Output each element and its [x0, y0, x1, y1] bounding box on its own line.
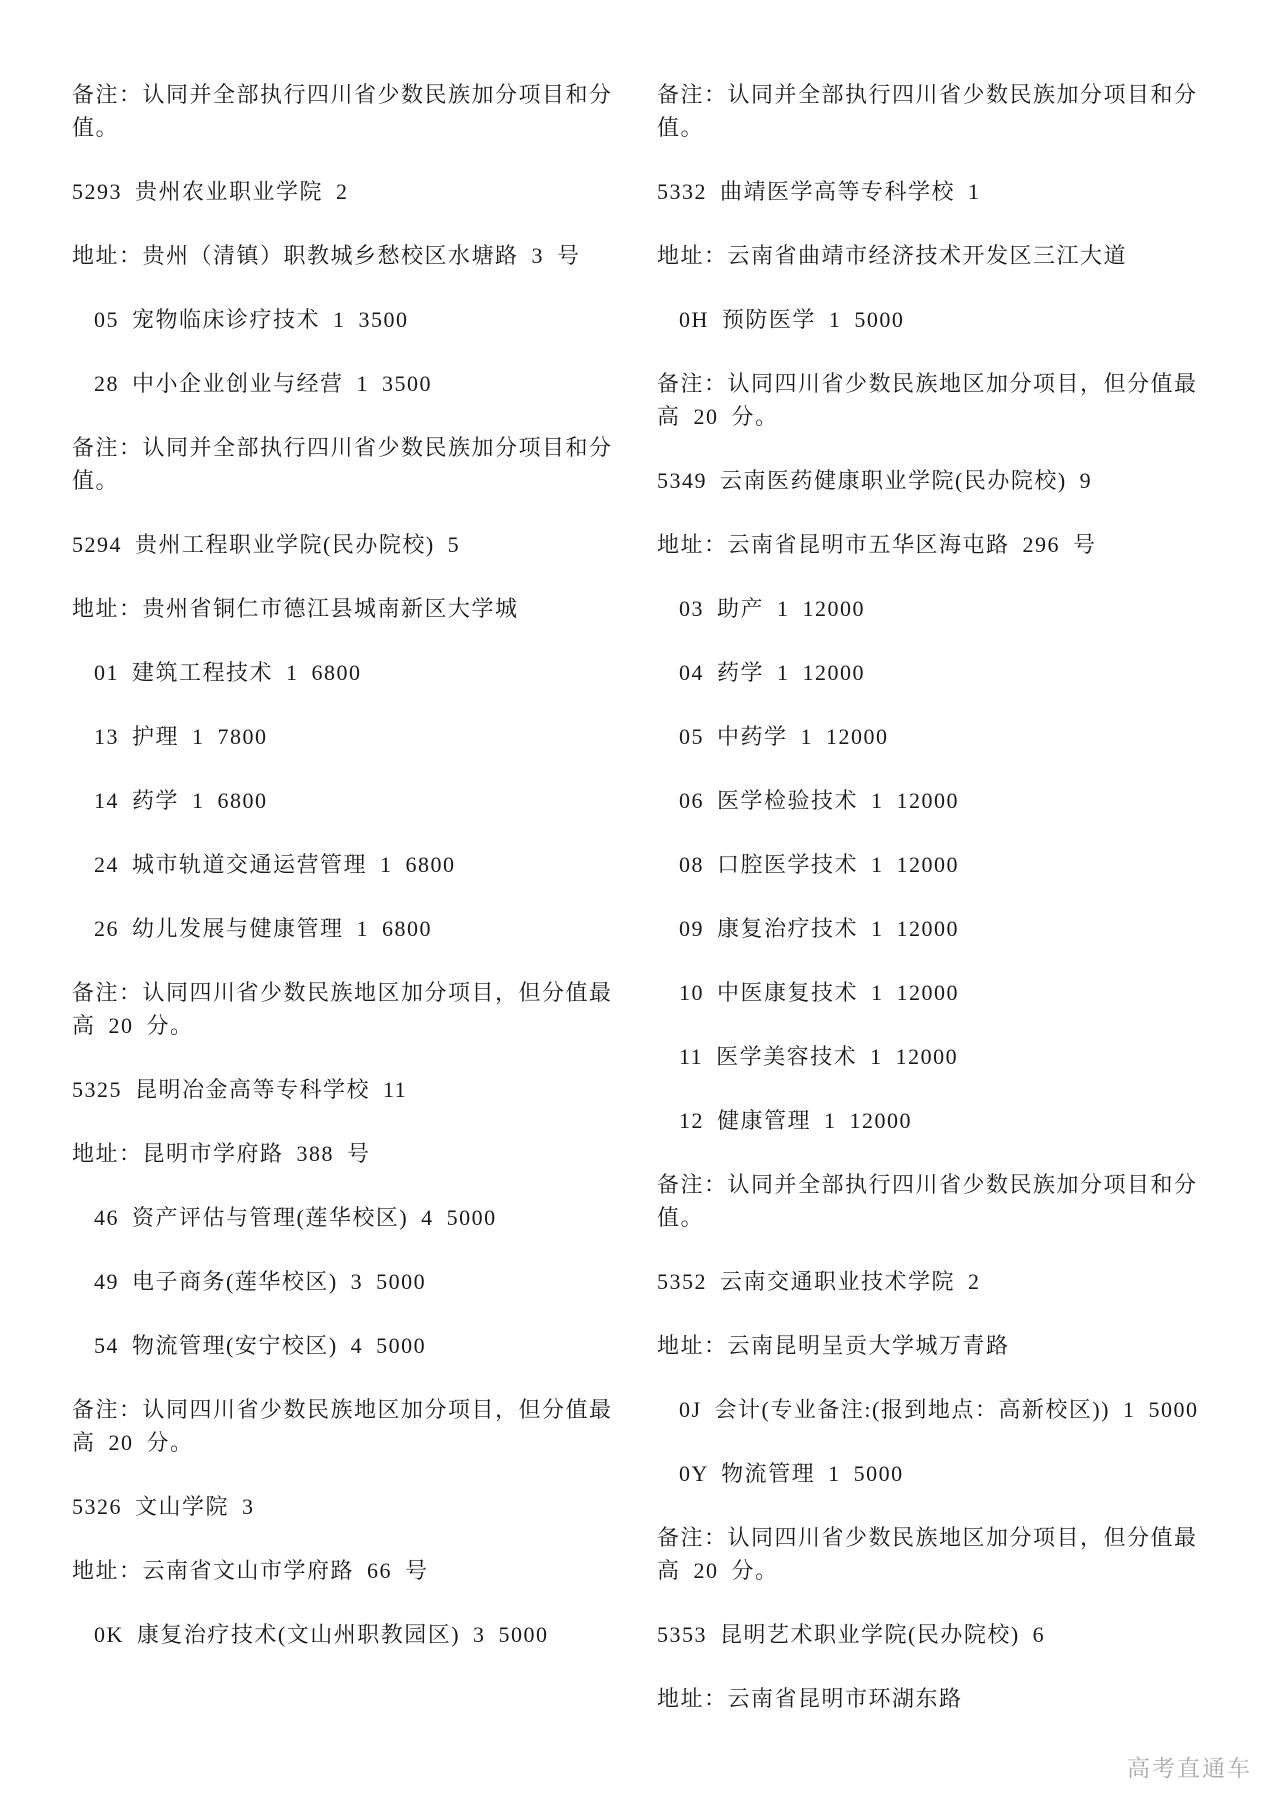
address-line: 地址：云南昆明呈贡大学城万青路 — [657, 1329, 1217, 1362]
address-line: 地址：昆明市学府路 388 号 — [72, 1137, 620, 1170]
text-column-right: 备注：认同并全部执行四川省少数民族加分项目和分 值。5332 曲靖医学高等专科学… — [657, 78, 1217, 1746]
major-line: 05 宠物临床诊疗技术 1 3500 — [72, 303, 620, 336]
major-line: 05 中药学 1 12000 — [657, 720, 1217, 753]
watermark-label: 高考直通车 — [1127, 1750, 1252, 1783]
remark-line: 备注：认同并全部执行四川省少数民族加分项目和分 值。 — [72, 78, 620, 144]
major-line: 11 医学美容技术 1 12000 — [657, 1040, 1217, 1073]
remark-line: 备注：认同四川省少数民族地区加分项目，但分值最 高 20 分。 — [72, 976, 620, 1042]
remark-line: 备注：认同四川省少数民族地区加分项目，但分值最 高 20 分。 — [657, 367, 1217, 433]
major-line: 54 物流管理(安宁校区) 4 5000 — [72, 1329, 620, 1362]
school-line: 5325 昆明冶金高等专科学校 11 — [72, 1073, 620, 1106]
major-line: 0J 会计(专业备注:(报到地点：高新校区)) 1 5000 — [657, 1393, 1217, 1426]
address-line: 地址：云南省文山市学府路 66 号 — [72, 1554, 620, 1587]
major-line: 03 助产 1 12000 — [657, 592, 1217, 625]
major-line: 06 医学检验技术 1 12000 — [657, 784, 1217, 817]
remark-line: 备注：认同并全部执行四川省少数民族加分项目和分 值。 — [657, 78, 1217, 144]
major-line: 0K 康复治疗技术(文山州职教园区) 3 5000 — [72, 1618, 620, 1651]
address-line: 地址：云南省昆明市五华区海屯路 296 号 — [657, 528, 1217, 561]
major-line: 08 口腔医学技术 1 12000 — [657, 848, 1217, 881]
address-line: 地址：云南省曲靖市经济技术开发区三江大道 — [657, 239, 1217, 272]
major-line: 0H 预防医学 1 5000 — [657, 303, 1217, 336]
school-line: 5294 贵州工程职业学院(民办院校) 5 — [72, 528, 620, 561]
major-line: 14 药学 1 6800 — [72, 784, 620, 817]
text-column-left: 备注：认同并全部执行四川省少数民族加分项目和分 值。5293 贵州农业职业学院 … — [72, 78, 620, 1682]
school-line: 5332 曲靖医学高等专科学校 1 — [657, 175, 1217, 208]
school-line: 5352 云南交通职业技术学院 2 — [657, 1265, 1217, 1298]
admissions-plan-document-page: 备注：认同并全部执行四川省少数民族加分项目和分 值。5293 贵州农业职业学院 … — [0, 0, 1280, 1810]
major-line: 28 中小企业创业与经营 1 3500 — [72, 367, 620, 400]
major-line: 46 资产评估与管理(莲华校区) 4 5000 — [72, 1201, 620, 1234]
school-line: 5326 文山学院 3 — [72, 1490, 620, 1523]
remark-line: 备注：认同四川省少数民族地区加分项目，但分值最 高 20 分。 — [72, 1393, 620, 1459]
major-line: 24 城市轨道交通运营管理 1 6800 — [72, 848, 620, 881]
major-line: 26 幼儿发展与健康管理 1 6800 — [72, 912, 620, 945]
address-line: 地址：贵州（清镇）职教城乡愁校区水塘路 3 号 — [72, 239, 620, 272]
major-line: 12 健康管理 1 12000 — [657, 1104, 1217, 1137]
school-line: 5293 贵州农业职业学院 2 — [72, 175, 620, 208]
major-line: 09 康复治疗技术 1 12000 — [657, 912, 1217, 945]
school-line: 5349 云南医药健康职业学院(民办院校) 9 — [657, 464, 1217, 497]
major-line: 13 护理 1 7800 — [72, 720, 620, 753]
school-line: 5353 昆明艺术职业学院(民办院校) 6 — [657, 1618, 1217, 1651]
address-line: 地址：云南省昆明市环湖东路 — [657, 1682, 1217, 1715]
remark-line: 备注：认同并全部执行四川省少数民族加分项目和分 值。 — [657, 1168, 1217, 1234]
major-line: 49 电子商务(莲华校区) 3 5000 — [72, 1265, 620, 1298]
remark-line: 备注：认同并全部执行四川省少数民族加分项目和分 值。 — [72, 431, 620, 497]
major-line: 04 药学 1 12000 — [657, 656, 1217, 689]
major-line: 01 建筑工程技术 1 6800 — [72, 656, 620, 689]
major-line: 10 中医康复技术 1 12000 — [657, 976, 1217, 1009]
remark-line: 备注：认同四川省少数民族地区加分项目，但分值最 高 20 分。 — [657, 1521, 1217, 1587]
major-line: 0Y 物流管理 1 5000 — [657, 1457, 1217, 1490]
address-line: 地址：贵州省铜仁市德江县城南新区大学城 — [72, 592, 620, 625]
